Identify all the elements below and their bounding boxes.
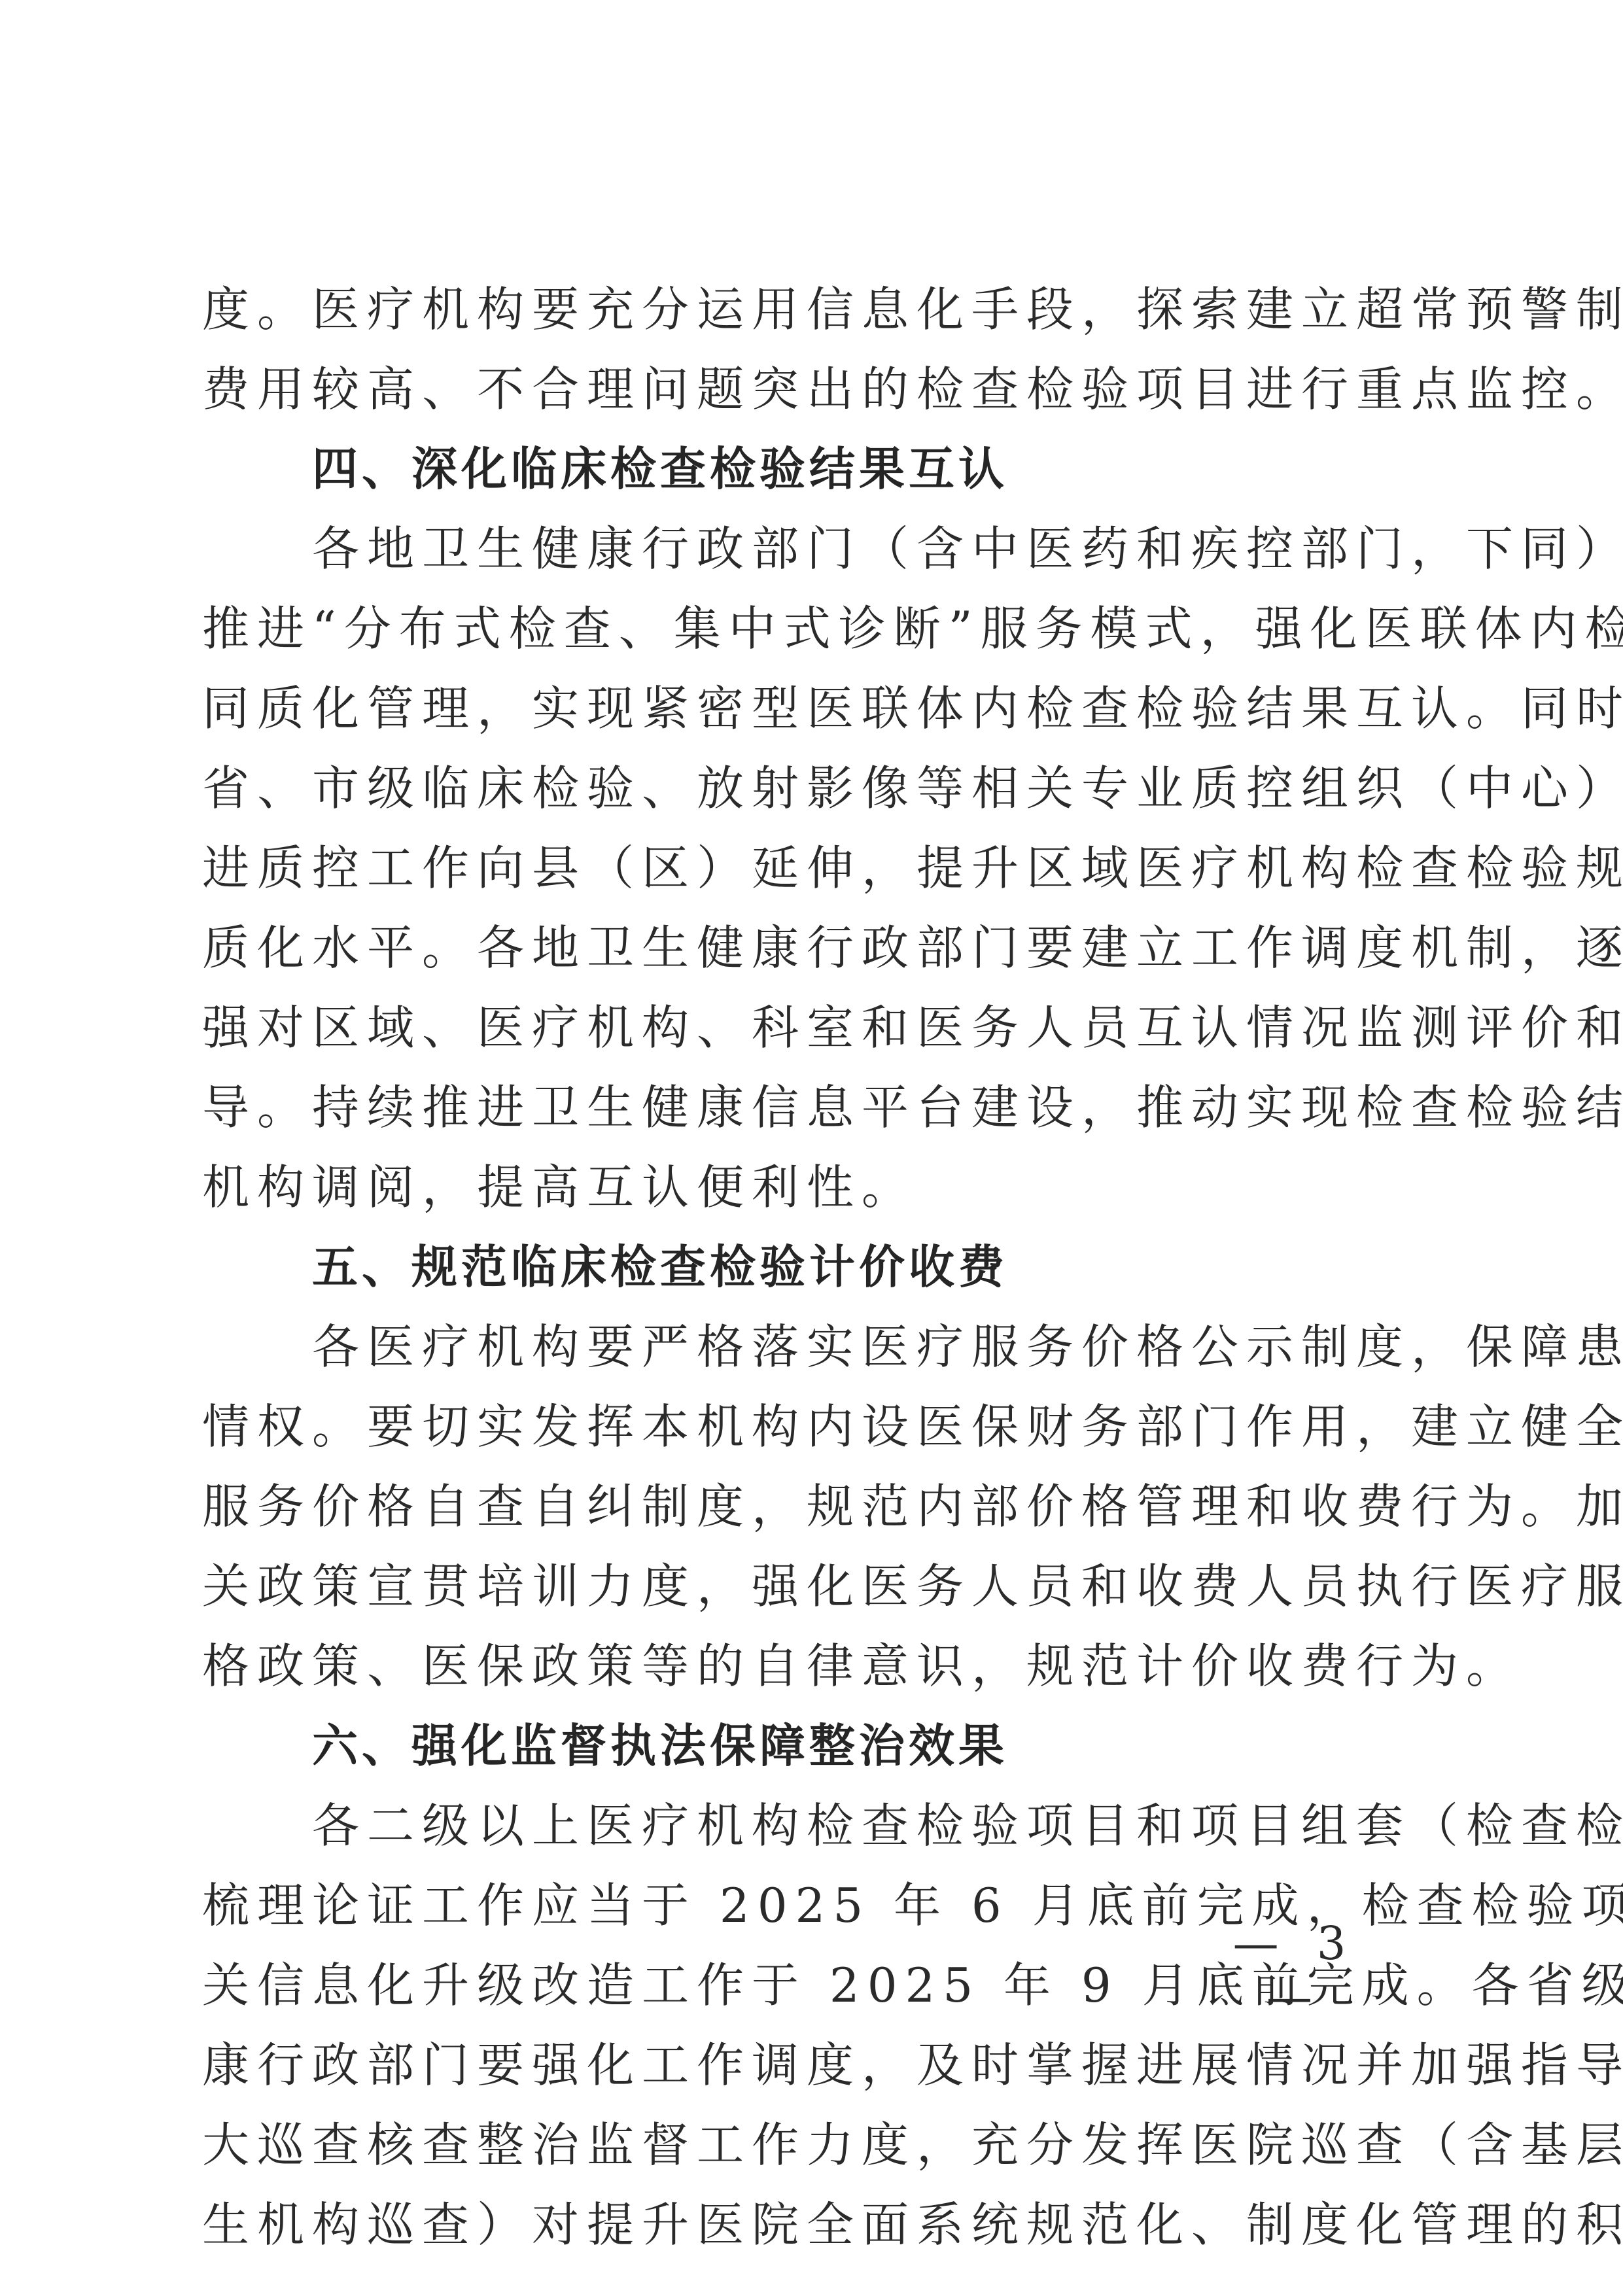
body-line: 省、市级临床检验、放射影像等相关专业质控组织（中心）建设。推 [202, 748, 1419, 828]
section-heading-6: 六、强化监督执法保障整治效果 [202, 1706, 1419, 1786]
body-line: 质化水平。各地卫生健康行政部门要建立工作调度机制，逐级加 [202, 908, 1419, 988]
body-line: 格政策、医保政策等的自律意识，规范计价收费行为。 [202, 1626, 1419, 1706]
body-line: 推进“分布式检查、集中式诊断”服务模式，强化医联体内检查检验 [202, 589, 1419, 669]
body-line: 服务价格自查自纠制度，规范内部价格管理和收费行为。加强相 [202, 1467, 1419, 1546]
section-heading-4: 四、深化临床检查检验结果互认 [202, 429, 1419, 509]
page-number: — 3 — [1204, 1917, 1387, 2024]
body-line: 度。医疗机构要充分运用信息化手段，探索建立超常预警制度，对 [202, 270, 1419, 349]
body-line: 各地卫生健康行政部门（含中医药和疾控部门，下同）要加快 [202, 509, 1419, 589]
body-line: 关政策宣贯培训力度，强化医务人员和收费人员执行医疗服务价 [202, 1546, 1419, 1626]
body-line: 费用较高、不合理问题突出的检查检验项目进行重点监控。 [202, 349, 1419, 429]
body-line: 情权。要切实发挥本机构内设医保财务部门作用，建立健全医疗 [202, 1387, 1419, 1467]
body-line: 进质控工作向县（区）延伸，提升区域医疗机构检查检验规范化、同 [202, 828, 1419, 908]
body-line: 机构调阅，提高互认便利性。 [202, 1147, 1419, 1227]
body-line: 各二级以上医疗机构检查检验项目和项目组套（检查检验包） [202, 1786, 1419, 1866]
body-line: 大巡查核查整治监督工作力度，充分发挥医院巡查（含基层医疗卫 [202, 2105, 1419, 2185]
body-line: 同质化管理，实现紧密型医联体内检查检验结果互认。同时，加强 [202, 669, 1419, 748]
body-line: 强对区域、医疗机构、科室和医务人员互认情况监测评价和督促指 [202, 988, 1419, 1068]
body-line: 导。持续推进卫生健康信息平台建设，推动实现检查检验结果跨 [202, 1068, 1419, 1147]
body-line: 康行政部门要强化工作调度，及时掌握进展情况并加强指导。加 [202, 2025, 1419, 2105]
body-line: 各医疗机构要严格落实医疗服务价格公示制度，保障患者知 [202, 1307, 1419, 1387]
body-line: 生机构巡查）对提升医院全面系统规范化、制度化管理的积极作 [202, 2185, 1419, 2265]
section-heading-5: 五、规范临床检查检验计价收费 [202, 1227, 1419, 1307]
